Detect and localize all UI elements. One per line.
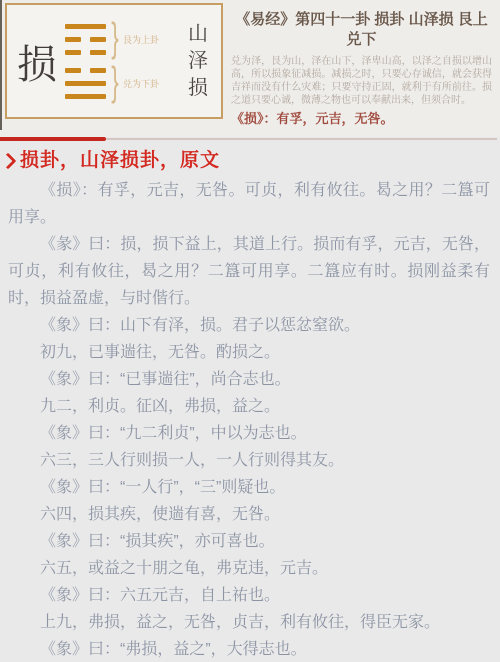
body-paragraph: 《象》曰：“九二利贞”，中以为志也。 (8, 420, 490, 447)
body-paragraph: 六三，三人行则损一人，一人行则得其友。 (8, 447, 490, 474)
upper-trigram-label: 艮为上卦 (123, 33, 159, 46)
hexagram-line-broken (65, 68, 106, 73)
body-paragraph: 《损》：有孚，元吉，无咎。可贞，利有攸往。曷之用？二簋可用享。 (8, 177, 490, 231)
upper-trigram-bars (65, 24, 106, 55)
brace-icon: } (111, 63, 119, 104)
chevron-right-icon (0, 153, 16, 170)
body-paragraph: 《象》曰：“一人行”，“三”则疑也。 (8, 474, 490, 501)
divider-red-accent (0, 137, 106, 141)
divider (0, 137, 500, 142)
header-right-column: 《易经》第四十一卦 损卦 山泽损 艮上兑下 兑为泽，艮为山，泽在山下，泽卑山高，… (223, 3, 496, 137)
body-paragraph: 初九，已事遄往，无咎。酌损之。 (8, 339, 490, 366)
hexagram-line-solid (65, 24, 106, 29)
page: 损 } 艮为上卦 } 兑为下卦 山泽损 《易经》第四十一卦 损卦 山泽损 艮上兑… (0, 0, 500, 662)
body-paragraph: 《彖》曰：损，损下益上，其道上行。损而有孚，元吉，无咎，可贞，利有攸往，曷之用？… (8, 231, 490, 312)
section-title: 损卦，山泽损卦，原文 (20, 149, 220, 173)
body-paragraph: 《象》曰：六五元吉，自上祐也。 (8, 582, 490, 609)
hexagram-intro-text: 兑为泽，艮为山，泽在山下，泽卑山高，以泽之自损以增山高，所以损象征减损。减损之时… (231, 55, 492, 107)
hexagram-line-solid (65, 94, 106, 99)
window-edge (0, 0, 2, 130)
trigram-lower: } 兑为下卦 (65, 68, 159, 99)
body-paragraph: 六四，损其疾，使遄有喜，无咎。 (8, 501, 490, 528)
lower-trigram-bars (65, 68, 106, 99)
hexagram-line-broken (65, 50, 106, 55)
brace-icon: } (111, 19, 119, 60)
hexagram-line-broken (65, 37, 106, 42)
body-paragraph: 《象》曰：山下有泽，损。君子以惩忿窒欲。 (8, 312, 490, 339)
trigram-upper: } 艮为上卦 (65, 24, 159, 55)
body-paragraph: 《象》曰：“已事遄往”，尚合志也。 (8, 366, 490, 393)
hexagram-card: 损 } 艮为上卦 } 兑为下卦 山泽损 (5, 3, 223, 119)
hexagram-line-solid (65, 81, 106, 86)
hexagram-symbol: } 艮为上卦 } 兑为下卦 (65, 24, 159, 99)
body-paragraph: 《象》曰：“弗损，益之”，大得志也。 (8, 636, 490, 662)
body-paragraph: 六五，或益之十朋之龟，弗克违，元吉。 (8, 555, 490, 582)
header-section: 损 } 艮为上卦 } 兑为下卦 山泽损 《易经》第四十一卦 损卦 山泽损 艮上兑… (0, 0, 500, 137)
body-paragraph: 上九，弗损，益之，无咎，贞吉，利有攸往，得臣无家。 (8, 609, 490, 636)
body-paragraph: 《象》曰：“损其疾”，亦可喜也。 (8, 528, 490, 555)
section-header: 损卦，山泽损卦，原文 (0, 142, 500, 176)
page-title: 《易经》第四十一卦 损卦 山泽损 艮上兑下 (231, 10, 492, 50)
lower-trigram-label: 兑为下卦 (123, 77, 159, 90)
body-paragraph: 九二，利贞。征凶，弗损，益之。 (8, 393, 490, 420)
hexagram-vertical-title: 山泽损 (187, 21, 209, 102)
judgment-line: 《损》：有孚，元吉，无咎。 (231, 111, 492, 126)
original-text-body: 《损》：有孚，元吉，无咎。可贞，利有攸往。曷之用？二簋可用享。《彖》曰：损，损下… (0, 176, 500, 662)
hexagram-character: 损 (11, 33, 63, 90)
